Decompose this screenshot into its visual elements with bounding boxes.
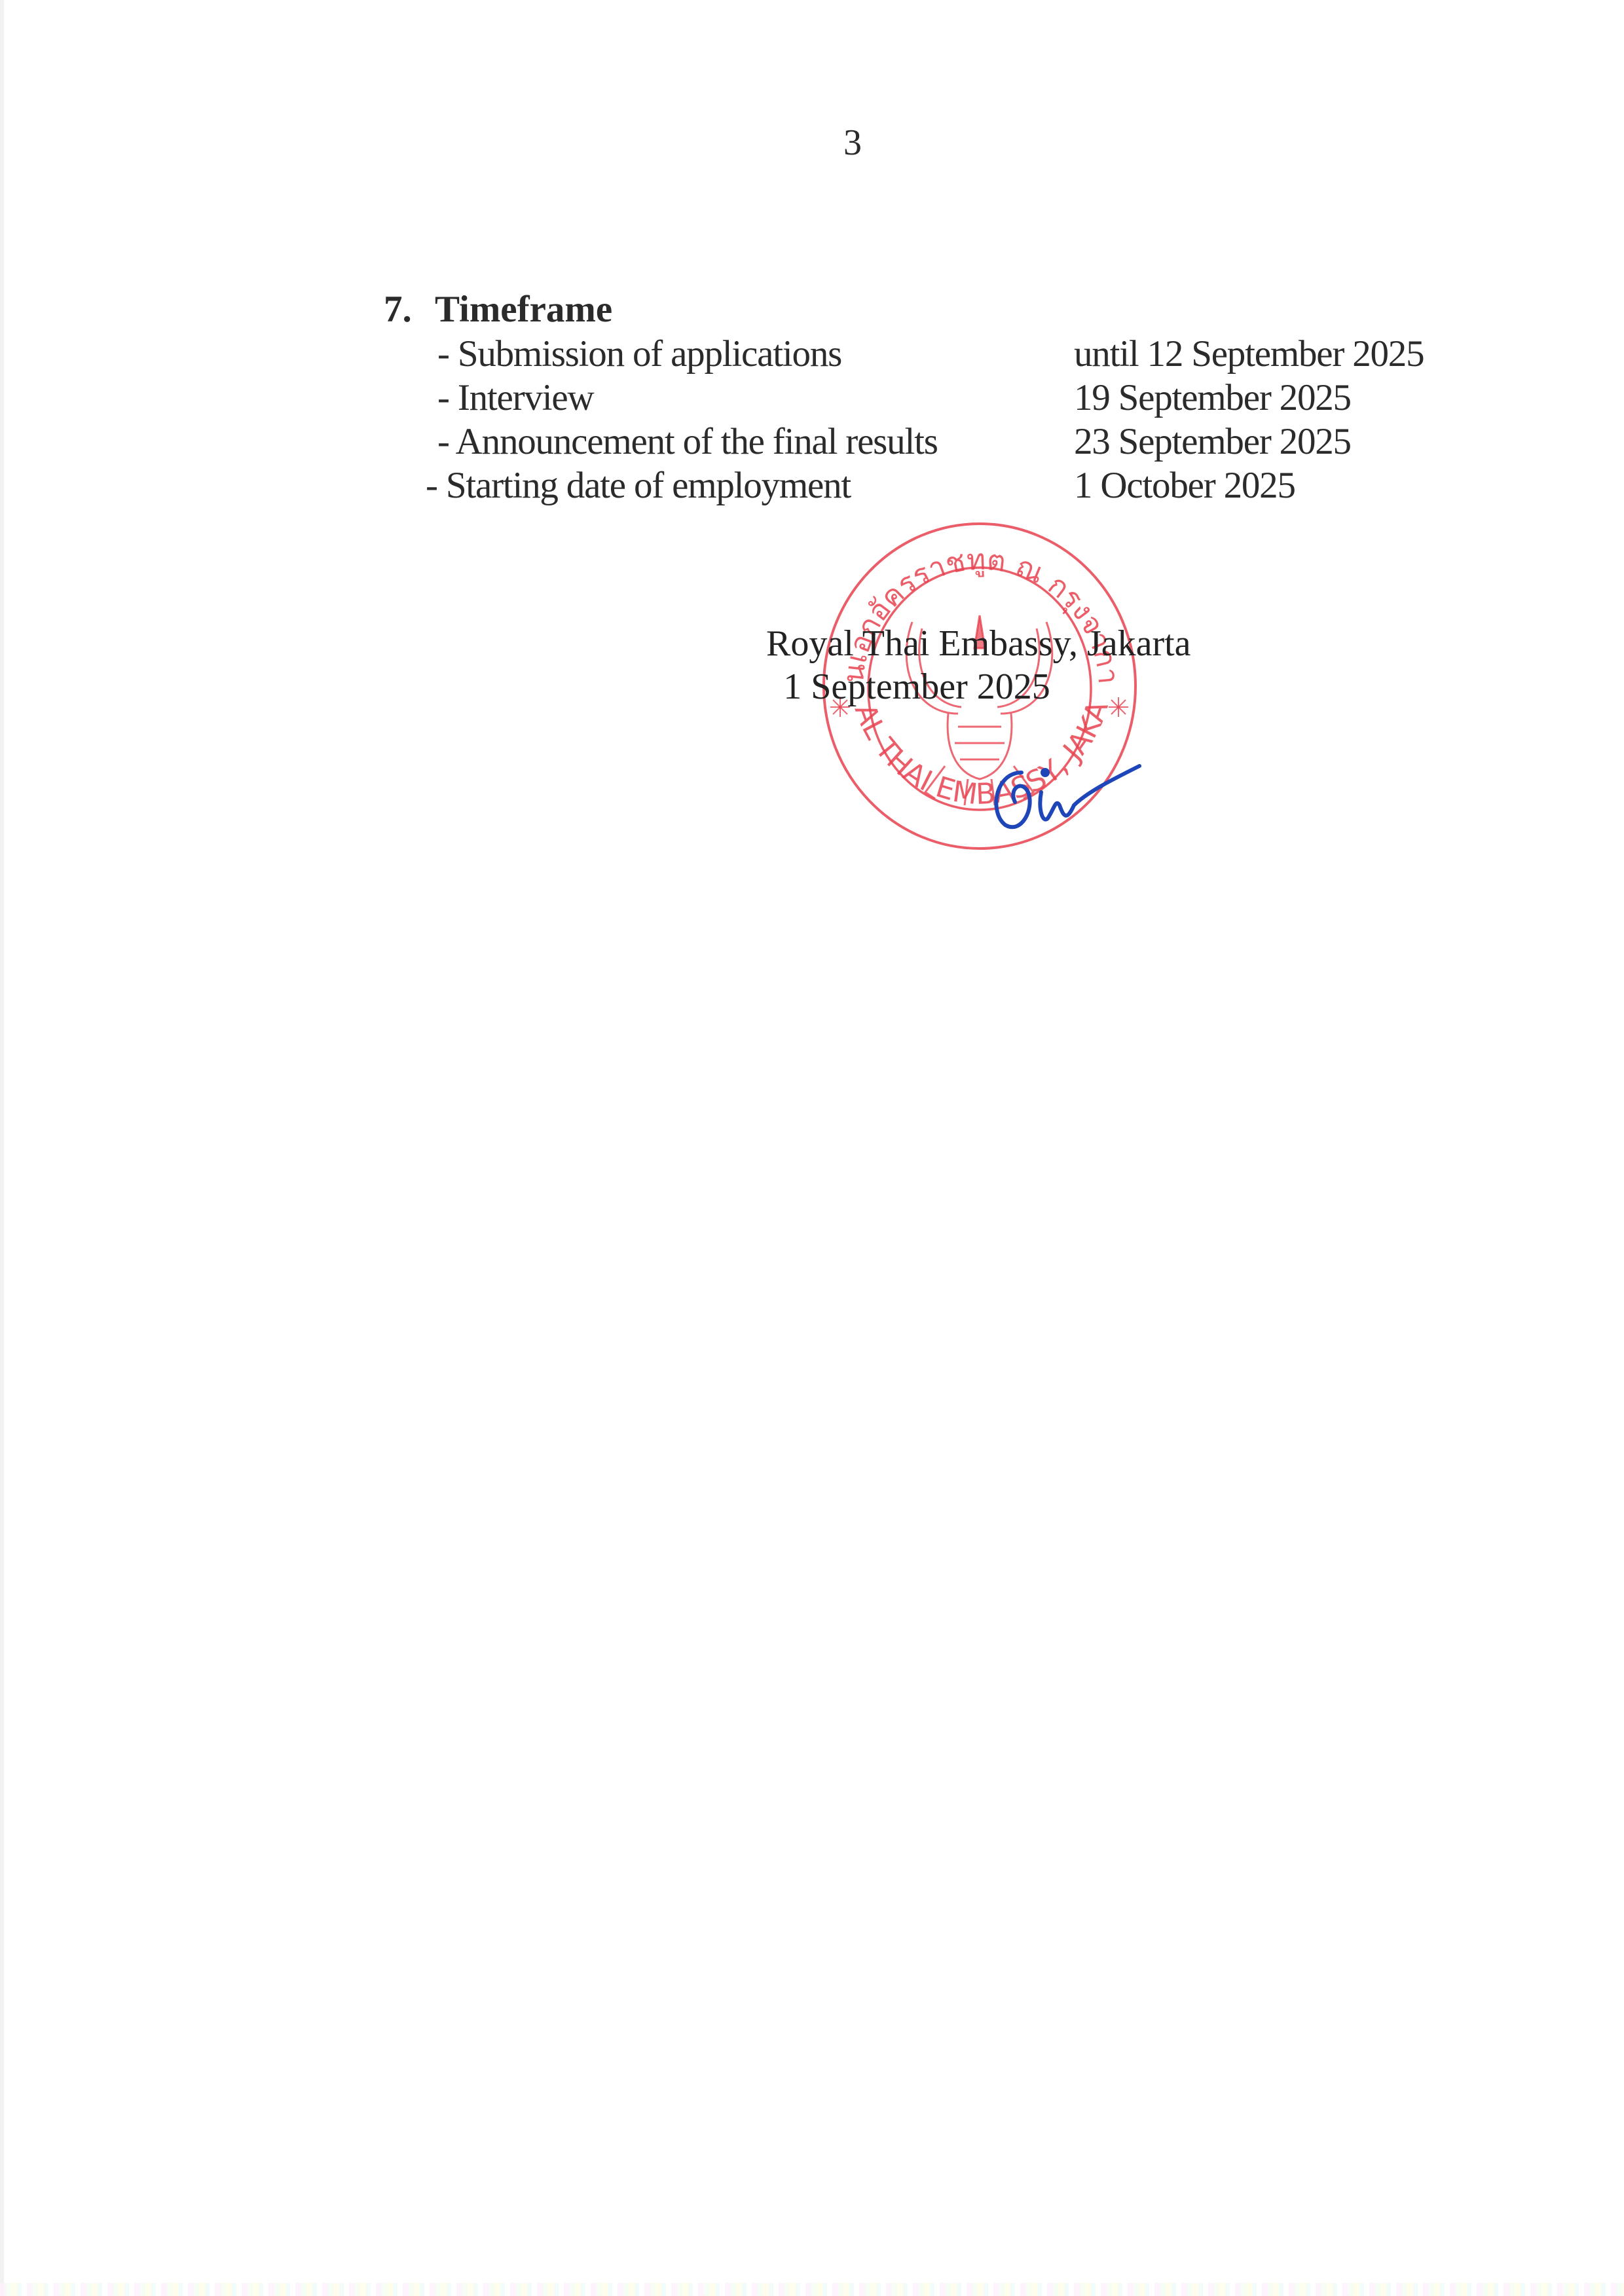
stamp-star-right (1109, 697, 1128, 717)
page-number: 3 (843, 122, 862, 164)
timeframe-section: 7.Timeframe (384, 288, 612, 331)
scan-artifact (0, 2283, 1624, 2296)
timeframe-label: - Announcement of the final results (437, 420, 938, 464)
issuer-name: Royal Thai Embassy, Jakarta (766, 622, 1067, 665)
timeframe-label: - Submission of applications (437, 333, 841, 376)
timeframe-value: 23 September 2025 (1074, 420, 1351, 464)
issue-date: 1 September 2025 (766, 665, 1067, 708)
timeframe-label: - Interview (437, 376, 593, 420)
handwritten-signature-icon (982, 746, 1146, 838)
section-number: 7. (384, 288, 435, 331)
timeframe-label: - Starting date of employment (426, 464, 851, 507)
page-edge (0, 0, 4, 2296)
section-heading: 7.Timeframe (384, 288, 612, 331)
section-title: Timeframe (435, 289, 612, 330)
timeframe-value: until 12 September 2025 (1074, 333, 1424, 376)
signature-block: Royal Thai Embassy, Jakarta 1 September … (766, 622, 1067, 708)
timeframe-value: 1 October 2025 (1074, 464, 1295, 507)
timeframe-value: 19 September 2025 (1074, 376, 1351, 420)
